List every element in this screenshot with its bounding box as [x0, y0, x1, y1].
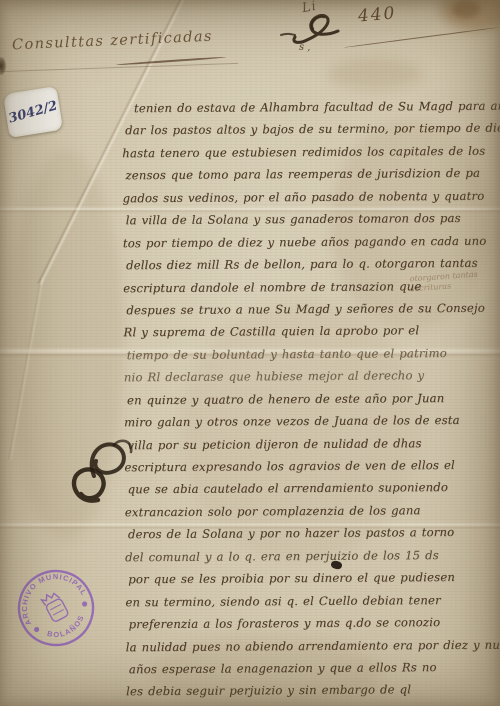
folio-underline	[344, 27, 499, 48]
stamp-dot-right	[81, 600, 88, 607]
manuscript-line: la nulidad pues no abiendo arrendamiento…	[126, 633, 500, 658]
paraph-flourish-icon	[278, 14, 350, 44]
manuscript-line: tiempo de su boluntad y hasta tanto que …	[124, 342, 498, 367]
manuscript-line: extrancazion solo por complazenzia de lo…	[125, 499, 499, 524]
manuscript-line: escriptura dandole el nombre de transazi…	[123, 274, 497, 299]
manuscript-line: despues se truxo a nue Su Magd y señores…	[123, 297, 497, 322]
heading: Consulttas zertificadas	[12, 29, 213, 54]
manuscript-line: que se abia cautelado el arrendamiento s…	[125, 476, 499, 501]
folio-number: 440	[357, 3, 397, 26]
manuscript-line: villa por su peticion dijeron de nulidad…	[124, 431, 498, 456]
archive-sticker-label: 3042/2	[7, 98, 59, 126]
archive-sticker: 3042/2	[3, 86, 63, 138]
manuscript-line: en quinze y quatro de henero de este año…	[124, 386, 498, 411]
stamp-shield-icon	[41, 590, 70, 623]
manuscript-line: gados sus vedinos, por el año pasado de …	[123, 184, 497, 209]
ink-flourish-icon	[64, 428, 138, 510]
top-s-mark: s ,	[299, 42, 311, 53]
manuscript-line: deros de la Solana y por no hazer los pa…	[125, 521, 499, 546]
manuscript-line: hasta tenero que estubiesen redimidos lo…	[122, 140, 496, 165]
manuscript-line: les debia seguir perjuizio y sin embargo…	[126, 678, 500, 703]
manuscript-line: del comunal y a lo q. era en perjuizio d…	[125, 543, 499, 568]
manuscript-line: la villa de la Solana y sus ganaderos to…	[123, 207, 497, 232]
manuscript-line: dar los pastos altos y bajos de su termi…	[122, 117, 496, 142]
manuscript-body: tenien do estava de Alhambra facultad de…	[122, 95, 500, 703]
manuscript-line: en su termino, siendo asi q. el Cuello d…	[125, 588, 499, 613]
manuscript-page: Li s , 440 Consulttas zertificadas 3042/…	[0, 0, 500, 706]
manuscript-line: tos por tiempo de diez y nuebe años paga…	[123, 229, 497, 254]
manuscript-line: tenien do estava de Alhambra facultad de…	[122, 95, 496, 120]
manuscript-line: nio Rl declarase que hubiese mejor al de…	[124, 364, 498, 389]
stain	[452, 0, 480, 18]
manuscript-line: preferenzia a los forasteros y mas q.do …	[125, 611, 499, 636]
archive-stamp: ARCHIVO MUNICIPAL BOLAÑOS	[0, 551, 113, 665]
manuscript-line: dellos diez mill Rs de bellon, para lo q…	[123, 252, 497, 277]
stain	[328, 58, 423, 90]
manuscript-line: zensos que tomo para las reemperas de ju…	[122, 162, 496, 187]
ink-edge-mark	[0, 57, 6, 75]
manuscript-line: por que se les proibia por su dinero el …	[125, 566, 499, 591]
manuscript-line: años esperase la enagenazion y que a ell…	[126, 656, 500, 681]
manuscript-line: escriptura expresando los agravios de ve…	[124, 454, 498, 479]
stamp-dot-left	[33, 626, 40, 633]
manuscript-line: miro galan y otros onze vezos de Juana d…	[124, 409, 498, 434]
manuscript-line: Rl y suprema de Castilla quien la aprobo…	[123, 319, 497, 344]
